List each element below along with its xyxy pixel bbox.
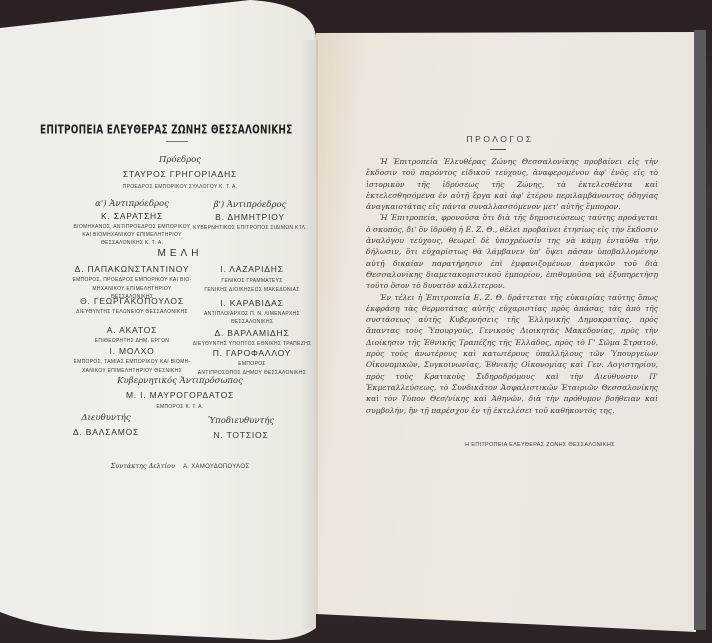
director: Διευθυντής Δ. ΒΑΛΣΑΜΟΣ: [46, 413, 166, 437]
member-3-desc-1: ΔΙΕΥΘΥΝΤΗΣ ΤΕΛΩΝΕΙΟΥ ΘΕΣΣΑΛΟΝΙΚΗΣ: [62, 309, 202, 315]
member-1-desc-2: ΜΗΧΑΝΙΚΟΥ ΕΠΙΜΕΛΗΤΗΡΙΟΥ: [62, 286, 202, 292]
prologue-paragraph-2: Ἡ Ἐπιτροπεία, φρονοῦσα ὅτι διὰ τῆς δημοσ…: [366, 212, 658, 291]
member-5: Α. ΑΚΑΤΟΣ ΕΠΙΘΕΩΡΗΤΗΣ ΔΗΜ. ΕΡΓΩΝ: [62, 325, 202, 344]
prologue-paragraph-3: Ἐν τέλει ἡ Ἐπιτροπεία Ε. Ζ. Θ. δράττεται…: [366, 292, 658, 416]
deputy-director: Ὑποδιευθυντής Ν. ΤΟΤΣΙΟΣ: [176, 416, 306, 440]
president-desc: ΠΡΟΕΔΡΟΣ ΕΜΠΟΡΙΚΟΥ ΣΥΛΛΟΓΟΥ Κ. Τ. Α.: [80, 184, 280, 190]
member-2: Ι. ΛΑΖΑΡΙΔΗΣ ΓΕΝΙΚΟΣ ΓΡΑΜΜΑΤΕΥΣ ΓΕΝΙΚΗΣ …: [182, 264, 322, 293]
committee-title: ΕΠΙΤΡΟΠΕΙΑ ΕΛΕΥΘΕΡΑΣ ΖΩΝΗΣ ΘΕΣΣΑΛΟΝΙΚΗΣ: [40, 124, 250, 138]
member-5-desc-1: ΕΠΙΘΕΩΡΗΤΗΣ ΔΗΜ. ΕΡΓΩΝ: [62, 338, 202, 344]
member-2-desc-2: ΓΕΝΙΚΗΣ ΔΙΟΙΚΗΣΕΩΣ ΜΑΚΕΔΟΝΙΑΣ: [182, 287, 322, 293]
gov-rep-name: Μ. Ι. ΜΑΥΡΟΓΟΡΔΑΤΟΣ: [80, 390, 280, 400]
vp2-role: β') Ἀντιπρόεδρος: [180, 200, 320, 210]
member-8: Π. ΓΑΡΟΦΑΛΛΟΥ ΕΜΠΟΡΟΣ ΑΝΤΙΠΡΟΣΩΠΟΣ ΔΗΜΟΥ…: [182, 348, 322, 376]
member-7-desc-1: ΕΜΠΟΡΟΣ, ΤΑΜΙΑΣ ΕΜΠΟΡΙΚΟΥ ΚΑΙ ΒΙΟΜΗ-: [62, 359, 202, 365]
member-6-name: Δ. ΒΑΡΛΑΜΙΔΗΣ: [182, 328, 322, 338]
member-6: Δ. ΒΑΡΛΑΜΙΔΗΣ ΔΙΕΥΘΥΝΤΗΣ ΥΠΟΠΤΟΣ ΕΘΝΙΚΗΣ…: [182, 328, 322, 347]
vp2-desc-1: ΚΥΒΕΡΝΗΤΙΚΟΣ ΕΠΙΤΡΟΠΟΣ ΣΙΔΙΜΩΝ ΚΤΛ.: [180, 225, 320, 231]
prologue-heading: ΠΡΟΛΟΓΟΣ: [440, 134, 560, 144]
member-4-desc-1: ΑΝΤΙΠΛΟΙΑΡΧΟΣ Π. Ν. ΛΙΜΕΝΑΡΧΗΣ: [182, 311, 322, 317]
vp2-name: Β. ΔΗΜΗΤΡΙΟΥ: [180, 212, 320, 222]
member-7-name: Ι. ΜΟΛΧΟ: [62, 346, 202, 356]
member-1: Δ. ΠΑΠΑΚΩΝΣΤΑΝΤΙΝΟΥ ΕΜΠΟΡΟΣ, ΠΡΟΕΔΡΟΣ ΕΜ…: [62, 264, 202, 300]
member-1-name: Δ. ΠΑΠΑΚΩΝΣΤΑΝΤΙΝΟΥ: [62, 264, 202, 274]
editor-name: Α. ΧΑΜΟΥΔΟΠΟΥΛΟΣ: [183, 464, 249, 470]
member-2-name: Ι. ΛΑΖΑΡΙΔΗΣ: [182, 264, 322, 274]
member-6-desc-1: ΔΙΕΥΘΥΝΤΗΣ ΥΠΟΠΤΟΣ ΕΘΝΙΚΗΣ ΤΡΑΠΕΖΗΣ: [182, 341, 322, 347]
member-1-desc-1: ΕΜΠΟΡΟΣ, ΠΡΟΕΔΡΟΣ ΕΜΠΟΡΙΚΟΥ ΚΑΙ ΒΙΟ-: [62, 277, 202, 283]
gov-rep-role: Κυβερνητικός Ἀντιπρόσωπος: [80, 376, 280, 386]
member-3-name: Θ. ΓΕΩΡΓΑΚΟΠΟΥΛΟΣ: [62, 296, 202, 306]
vice-president-2: β') Ἀντιπρόεδρος Β. ΔΗΜΗΤΡΙΟΥ ΚΥΒΕΡΝΗΤΙΚ…: [180, 200, 320, 231]
editor-role: Συντάκτης Δελτίου: [111, 462, 175, 470]
deputy-director-role: Ὑποδιευθυντής: [176, 416, 306, 426]
vp1-desc-3: ΘΕΣΣΑΛΟΝΙΚΗΣ Κ. Τ. Α.: [62, 240, 202, 246]
member-8-name: Π. ΓΑΡΟΦΑΛΛΟΥ: [182, 348, 322, 358]
member-7-desc-2: ΧΑΝΙΚΟΥ ΕΠΙΜΕΛΗΤΗΡΙΟΥ ΘΕΣΝΙΚΗΣ: [62, 368, 202, 374]
member-4-name: Ι. ΚΑΡΑΒΙΔΑΣ: [182, 298, 322, 308]
book-edge: [694, 30, 706, 630]
member-3: Θ. ΓΕΩΡΓΑΚΟΠΟΥΛΟΣ ΔΙΕΥΘΥΝΤΗΣ ΤΕΛΩΝΕΙΟΥ Θ…: [62, 296, 202, 315]
prologue-paragraph-1: Ἡ Ἐπιτροπεία Ἐλευθέρας Ζώνης Θεσσαλονίκη…: [366, 156, 658, 212]
members-heading: ΜΕΛΗ: [80, 248, 280, 259]
president-role: Πρόεδρος: [80, 155, 280, 165]
director-role: Διευθυντής: [46, 413, 166, 423]
director-name: Δ. ΒΑΛΣΑΜΟΣ: [46, 427, 166, 437]
vp1-desc-2: ΚΑΙ ΒΙΟΜΗΧΑΝΙΚΟΥ ΕΠΙΜΕΛΗΤΗΡΙΟΥ: [62, 232, 202, 238]
member-4: Ι. ΚΑΡΑΒΙΔΑΣ ΑΝΤΙΠΛΟΙΑΡΧΟΣ Π. Ν. ΛΙΜΕΝΑΡ…: [182, 298, 322, 325]
deputy-director-name: Ν. ΤΟΤΣΙΟΣ: [176, 430, 306, 440]
gov-rep-desc: ΕΜΠΟΡΟΣ Κ. Τ. Α.: [80, 404, 280, 410]
member-5-name: Α. ΑΚΑΤΟΣ: [62, 325, 202, 335]
member-8-desc-1: ΕΜΠΟΡΟΣ: [182, 361, 322, 367]
prologue-body: Ἡ Ἐπιτροπεία Ἐλευθέρας Ζώνης Θεσσαλονίκη…: [366, 156, 658, 416]
editor-credit: Συντάκτης Δελτίου Α. ΧΑΜΟΥΔΟΠΟΥΛΟΣ: [80, 453, 280, 472]
prologue-signature: Η ΕΠΙΤΡΟΠΕΙΑ ΕΛΕΥΘΕΡΑΣ ΖΩΝΗΣ ΘΕΣΣΑΛΟΝΙΚΗ…: [440, 442, 640, 448]
member-4-desc-2: ΘΕΣΣΑΛΟΝΙΚΗΣ: [182, 319, 322, 325]
president-name: ΣΤΑΥΡΟΣ ΓΡΗΓΟΡΙΑΔΗΣ: [80, 169, 280, 179]
prologue-rule: [490, 149, 506, 150]
member-7: Ι. ΜΟΛΧΟ ΕΜΠΟΡΟΣ, ΤΑΜΙΑΣ ΕΜΠΟΡΙΚΟΥ ΚΑΙ Β…: [62, 346, 202, 374]
member-2-desc-1: ΓΕΝΙΚΟΣ ΓΡΑΜΜΑΤΕΥΣ: [182, 278, 322, 284]
title-rule: [166, 141, 188, 142]
